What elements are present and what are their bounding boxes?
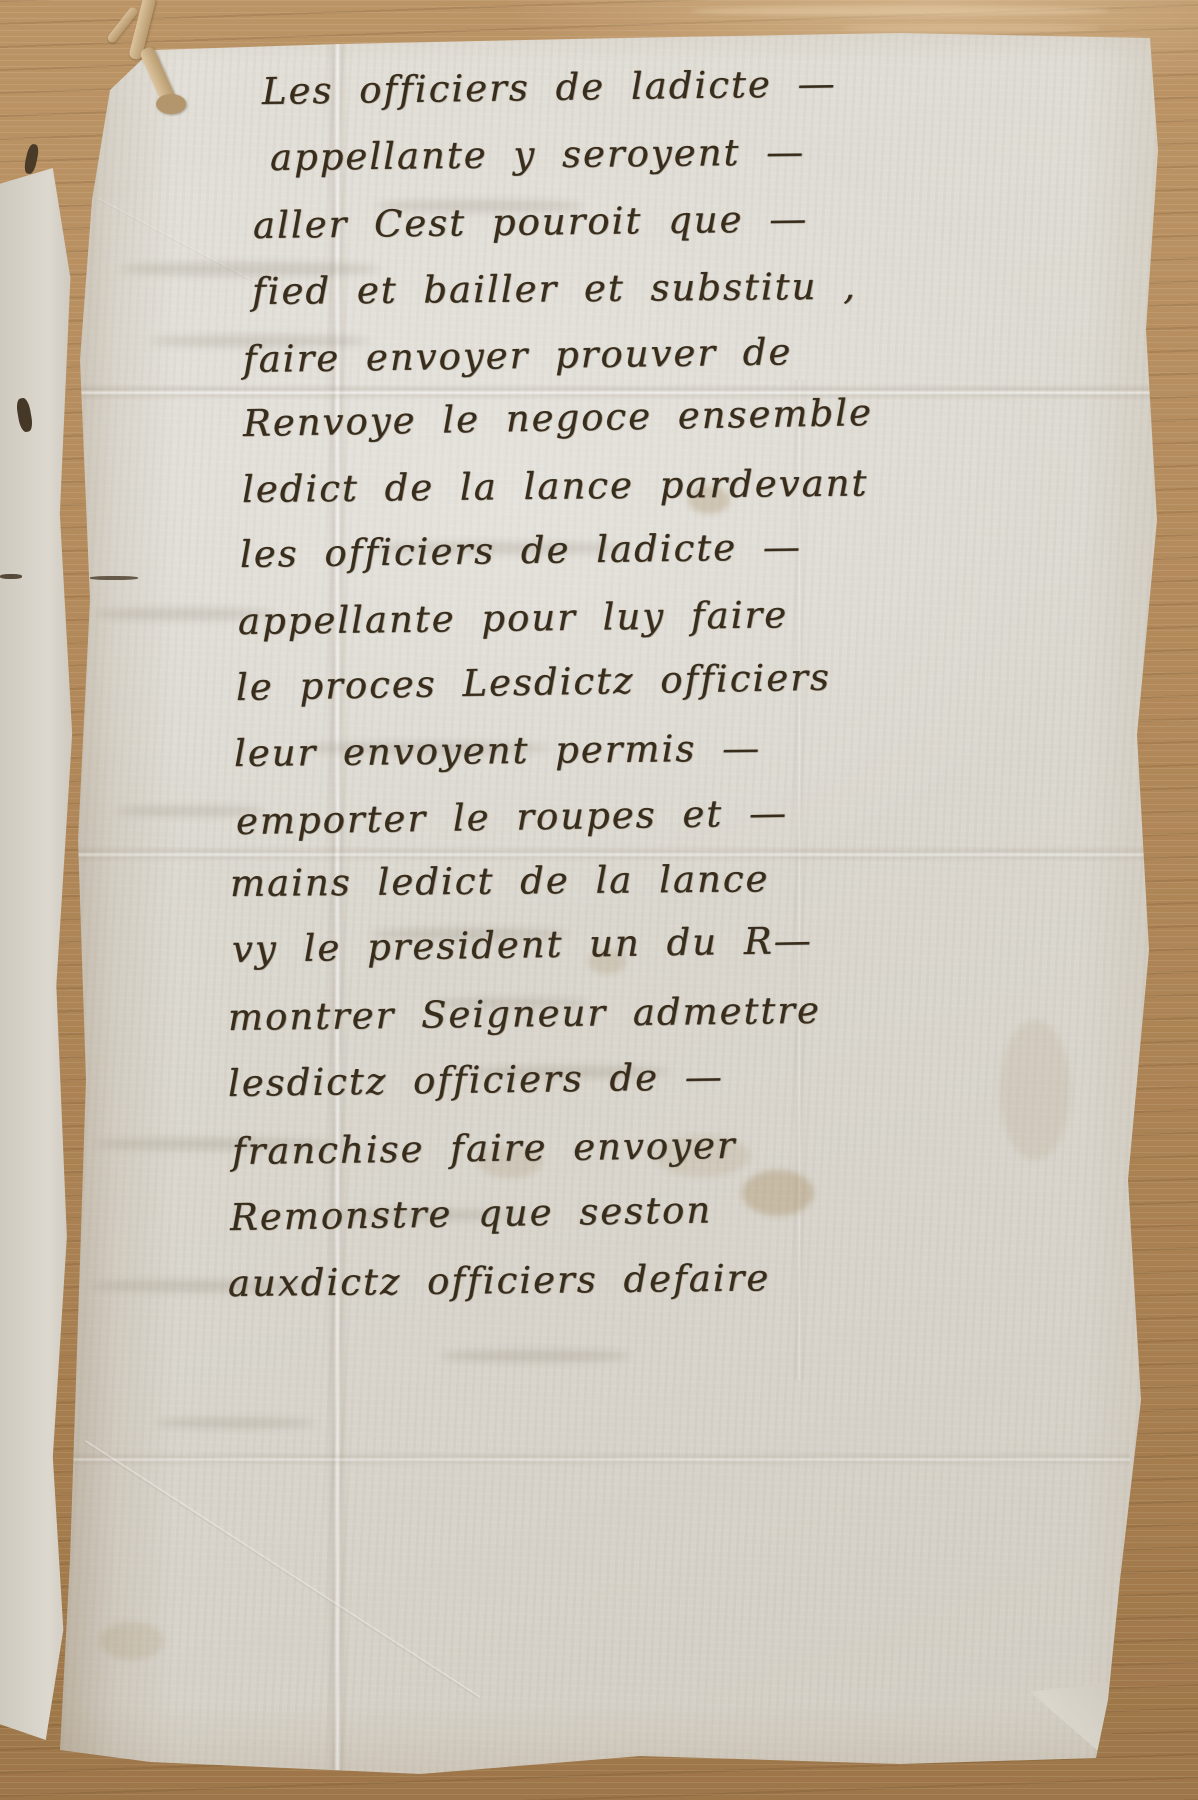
- manuscript-line: faire envoyer prouver de: [243, 330, 793, 381]
- bleedthrough-mark: [440, 1350, 630, 1362]
- manuscript-line: appellante y seroyent —: [270, 130, 806, 179]
- manuscript-line: emporter le roupes et —: [236, 791, 789, 843]
- stain: [1000, 1020, 1070, 1160]
- fold-crease-horizontal: [70, 1452, 1130, 1466]
- manuscript-line: auxdictz officiers defaire: [228, 1256, 771, 1305]
- manuscript-line: lesdictz officiers de —: [228, 1055, 724, 1105]
- stitch-hole: [0, 574, 22, 579]
- manuscript-line: montrer Seigneur admettre: [228, 989, 821, 1039]
- manuscript-line: franchise faire envoyer: [232, 1124, 737, 1173]
- manuscript-line: aller Cest pouroit que —: [253, 197, 809, 247]
- manuscript-line: ledict de la lance pardevant: [242, 461, 869, 511]
- stitch-hole: [90, 576, 138, 580]
- manuscript-line: Les officiers de ladicte —: [262, 62, 837, 113]
- stain: [100, 1622, 164, 1660]
- manuscript-line: mains ledict de la lance: [230, 857, 770, 905]
- manuscript-line: les officiers de ladicte —: [240, 525, 802, 576]
- stain: [742, 1170, 814, 1216]
- manuscript-line: Remonstre que seston: [230, 1188, 713, 1239]
- bleedthrough-mark: [155, 1418, 315, 1428]
- crease-diagonal: [98, 198, 276, 294]
- crease-diagonal: [84, 1440, 480, 1698]
- manuscript-page: Les officiers de ladicte — appellante y …: [0, 0, 1198, 1800]
- wood-grain-streak: [840, 24, 1100, 32]
- binding-thread-knot: [156, 94, 186, 114]
- manuscript-line: fied et bailler et substitu ,: [252, 265, 857, 313]
- manuscript-line: le proces Lesdictz officiers: [236, 656, 832, 709]
- photo-of-manuscript: Les officiers de ladicte — appellante y …: [0, 0, 1198, 1800]
- manuscript-line: leur envoyent permis —: [234, 726, 762, 775]
- wood-grain-streak: [690, 6, 1110, 16]
- manuscript-line: appellante pour luy faire: [238, 593, 789, 643]
- manuscript-line: vy le president un du R—: [232, 919, 813, 971]
